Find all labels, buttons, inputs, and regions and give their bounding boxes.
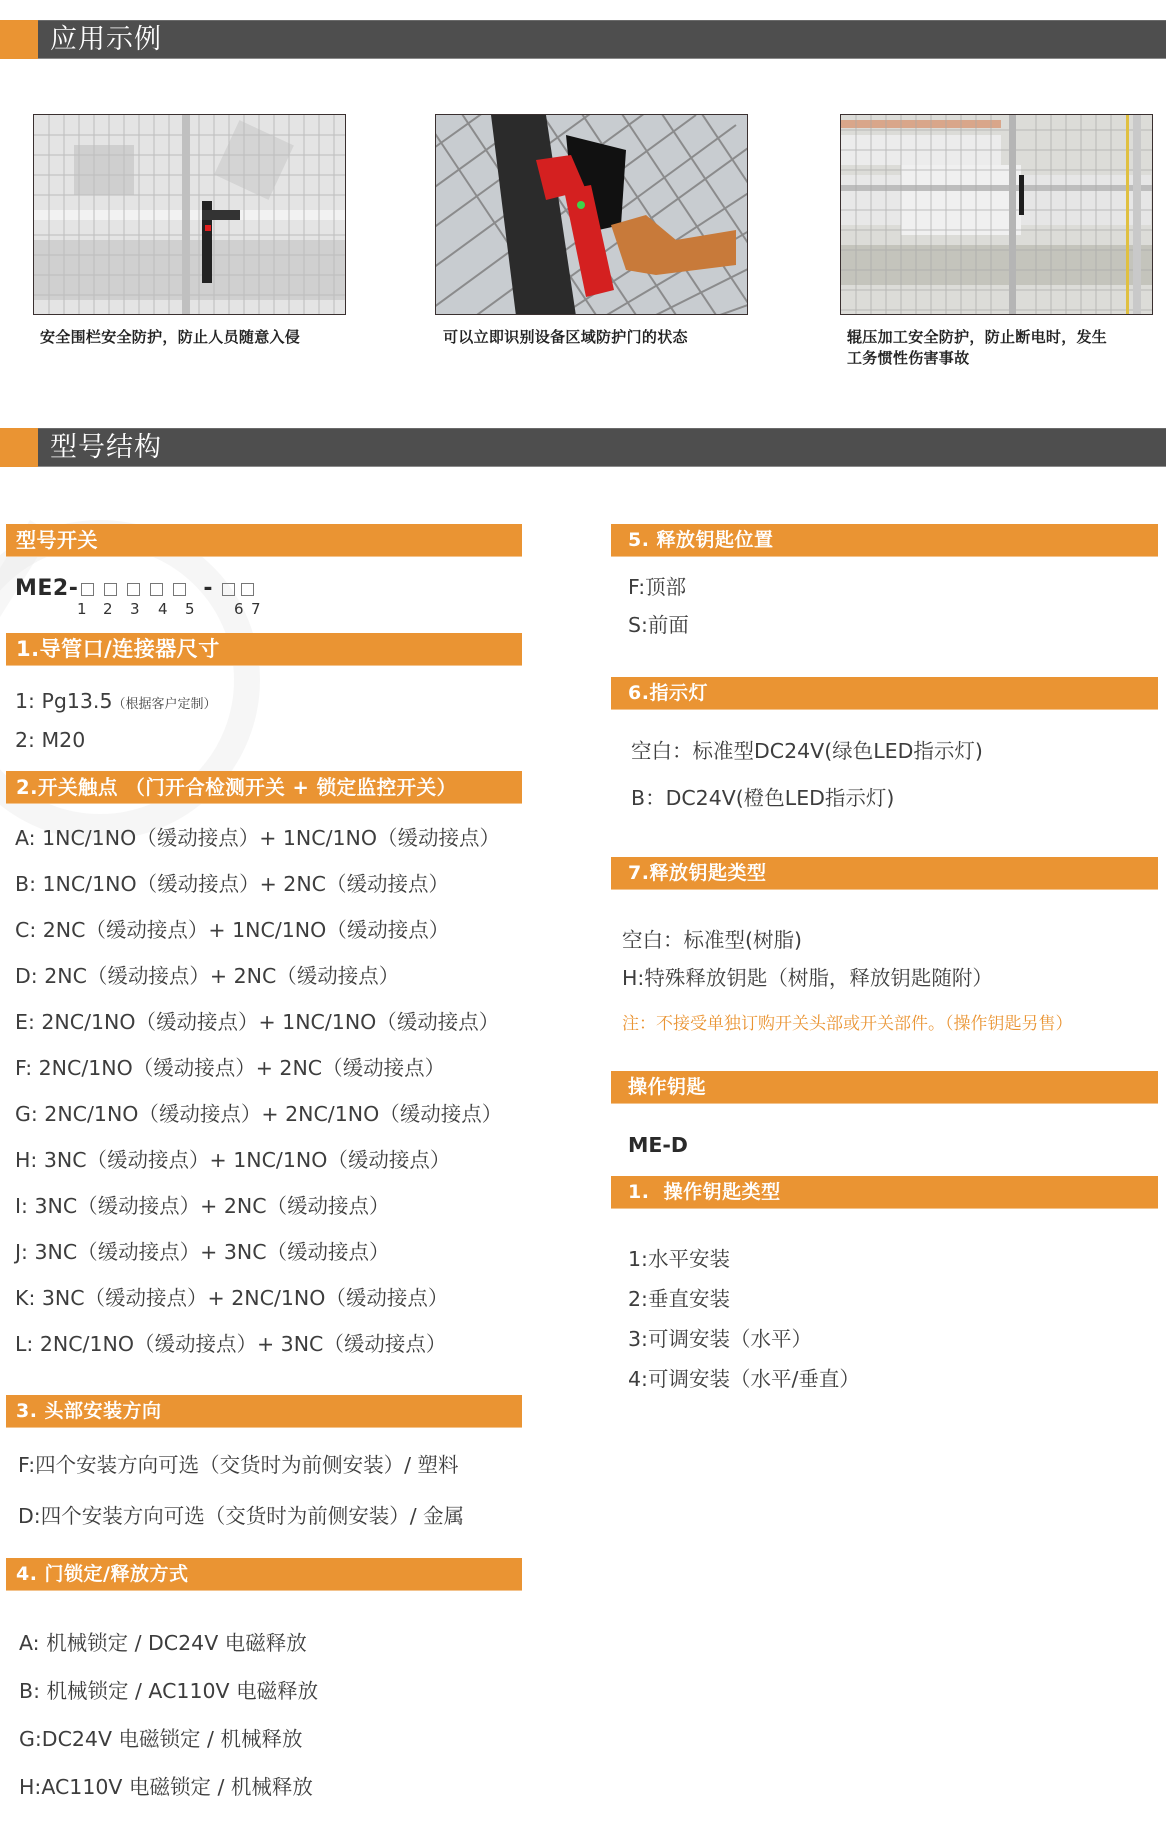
release-key-type-option: 空白：标准型(树脂) (622, 926, 802, 954)
conduit-option: 1: Pg13.5（根据客户定制） (15, 687, 217, 719)
bar-label: 操作钥匙 (628, 1074, 706, 1101)
release-key-position-option: S:前面 (628, 611, 689, 639)
photo-caption-line: 工务惯性伤害事故 (847, 348, 1107, 369)
code-slot-2 (104, 583, 117, 596)
contact-option: I: 3NC（缓动接点）+ 2NC（缓动接点） (15, 1192, 390, 1220)
bar-label: 2.开关触点 （门开合检测开关 + 锁定监控开关） (16, 774, 457, 801)
model-code: ME2-- (15, 576, 261, 601)
header-accent-block (0, 20, 38, 59)
contact-option: C: 2NC（缓动接点）+ 1NC/1NO（缓动接点） (15, 916, 449, 944)
option-text: 1: Pg13.5 (15, 689, 113, 713)
lock-release-option: H:AC110V 电磁锁定 / 机械释放 (19, 1773, 313, 1801)
roller-machine-fence-photo (840, 114, 1153, 315)
bar-label: 1. 操作钥匙类型 (628, 1179, 781, 1206)
conduit-option: 2: M20 (15, 726, 85, 754)
bar-lock-release: 4. 门锁定/释放方式 (6, 1558, 522, 1591)
section-header-application: 应用示例 (0, 20, 1166, 59)
code-slot-4 (150, 583, 163, 596)
section-title: 应用示例 (50, 23, 162, 57)
release-key-note: 注：不接受单独订购开关头部或开关部件。（操作钥匙另售） (622, 1010, 1073, 1038)
contact-option: G: 2NC/1NO（缓动接点）+ 2NC/1NO（缓动接点） (15, 1100, 502, 1128)
bar-label: 6.指示灯 (628, 680, 708, 707)
bar-label: 5. 释放钥匙位置 (628, 527, 774, 554)
head-direction-option: F:四个安装方向可选（交货时为前侧安装）/ 塑料 (18, 1451, 459, 1479)
indicator-option: B：DC24V(橙色LED指示灯) (631, 784, 894, 812)
contact-option: D: 2NC（缓动接点）+ 2NC（缓动接点） (15, 962, 399, 990)
digit: 7 (251, 600, 261, 618)
model-code-prefix: ME2- (15, 576, 78, 601)
bar-label: 型号开关 (16, 527, 98, 554)
operation-key-type-option: 1:水平安装 (628, 1245, 730, 1273)
section-header-model-structure: 型号结构 (0, 428, 1166, 467)
head-direction-option: D:四个安装方向可选（交货时为前侧安装）/ 金属 (18, 1502, 464, 1530)
option-note: （根据客户定制） (113, 697, 217, 712)
contact-option: F: 2NC/1NO（缓动接点）+ 2NC（缓动接点） (15, 1054, 445, 1082)
bar-switch-contacts: 2.开关触点 （门开合检测开关 + 锁定监控开关） (6, 771, 522, 804)
code-slot-1 (81, 583, 94, 596)
digit: 5 (185, 600, 195, 618)
contact-option: A: 1NC/1NO（缓动接点）+ 1NC/1NO（缓动接点） (15, 824, 500, 852)
digit: 6 (234, 600, 244, 618)
model-code-dash: - (203, 576, 213, 601)
fence-photo-illustration (34, 115, 346, 315)
release-key-type-option: H:特殊释放钥匙（树脂，释放钥匙随附） (622, 964, 993, 992)
bar-operation-key: 操作钥匙 (611, 1071, 1158, 1104)
bar-operation-key-type: 1. 操作钥匙类型 (611, 1176, 1158, 1209)
lock-release-option: A: 机械锁定 / DC24V 电磁释放 (19, 1629, 307, 1657)
code-slot-5 (173, 583, 186, 596)
contact-option: K: 3NC（缓动接点）+ 2NC/1NO（缓动接点） (15, 1284, 448, 1312)
indicator-option: 空白：标准型DC24V(绿色LED指示灯) (631, 737, 983, 765)
contact-option: L: 2NC/1NO（缓动接点）+ 3NC（缓动接点） (15, 1330, 446, 1358)
bar-model-switch: 型号开关 (6, 524, 522, 557)
bar-label: 3. 头部安装方向 (16, 1398, 162, 1425)
operation-key-type-option: 3:可调安装（水平） (628, 1325, 812, 1353)
lock-release-option: B: 机械锁定 / AC110V 电磁释放 (19, 1677, 318, 1705)
operation-key-model: ME-D (628, 1131, 688, 1159)
bar-release-key-type: 7.释放钥匙类型 (611, 857, 1158, 890)
contact-option: H: 3NC（缓动接点）+ 1NC/1NO（缓动接点） (15, 1146, 450, 1174)
bar-label: 4. 门锁定/释放方式 (16, 1561, 189, 1588)
contact-option: J: 3NC（缓动接点）+ 3NC（缓动接点） (15, 1238, 390, 1266)
photo-caption: 可以立即识别设备区域防护门的状态 (443, 327, 688, 348)
photo-caption: 辊压加工安全防护，防止断电时，发生 工务惯性伤害事故 (847, 327, 1107, 369)
contact-option: B: 1NC/1NO（缓动接点）+ 2NC（缓动接点） (15, 870, 449, 898)
photo-caption: 安全围栏安全防护，防止人员随意入侵 (40, 327, 300, 348)
bar-conduit-size: 1.导管口/连接器尺寸 (6, 633, 522, 666)
contact-option: E: 2NC/1NO（缓动接点）+ 1NC/1NO（缓动接点） (15, 1008, 499, 1036)
header-accent-block (0, 428, 38, 467)
bar-indicator: 6.指示灯 (611, 677, 1158, 710)
operation-key-type-option: 4:可调安装（水平/垂直） (628, 1365, 860, 1393)
red-safety-switch-hand-photo (435, 114, 748, 315)
digit: 3 (130, 600, 140, 618)
bar-release-key-position: 5. 释放钥匙位置 (611, 524, 1158, 557)
code-slot-3 (127, 583, 140, 596)
digit: 2 (103, 600, 113, 618)
release-key-position-option: F:顶部 (628, 573, 686, 601)
bar-label: 1.导管口/连接器尺寸 (16, 636, 220, 663)
bar-label: 7.释放钥匙类型 (628, 860, 766, 887)
switch-photo-illustration (436, 115, 748, 315)
roller-photo-illustration (841, 115, 1153, 315)
bar-head-direction: 3. 头部安装方向 (6, 1395, 522, 1428)
digit: 4 (158, 600, 168, 618)
photo-caption-line: 辊压加工安全防护，防止断电时，发生 (847, 327, 1107, 348)
lock-release-option: G:DC24V 电磁锁定 / 机械释放 (19, 1725, 302, 1753)
robot-cell-fence-photo (33, 114, 346, 315)
digit: 1 (77, 600, 87, 618)
code-slot-6 (222, 583, 235, 596)
code-slot-7 (241, 583, 254, 596)
section-title: 型号结构 (50, 431, 162, 465)
operation-key-type-option: 2:垂直安装 (628, 1285, 730, 1313)
